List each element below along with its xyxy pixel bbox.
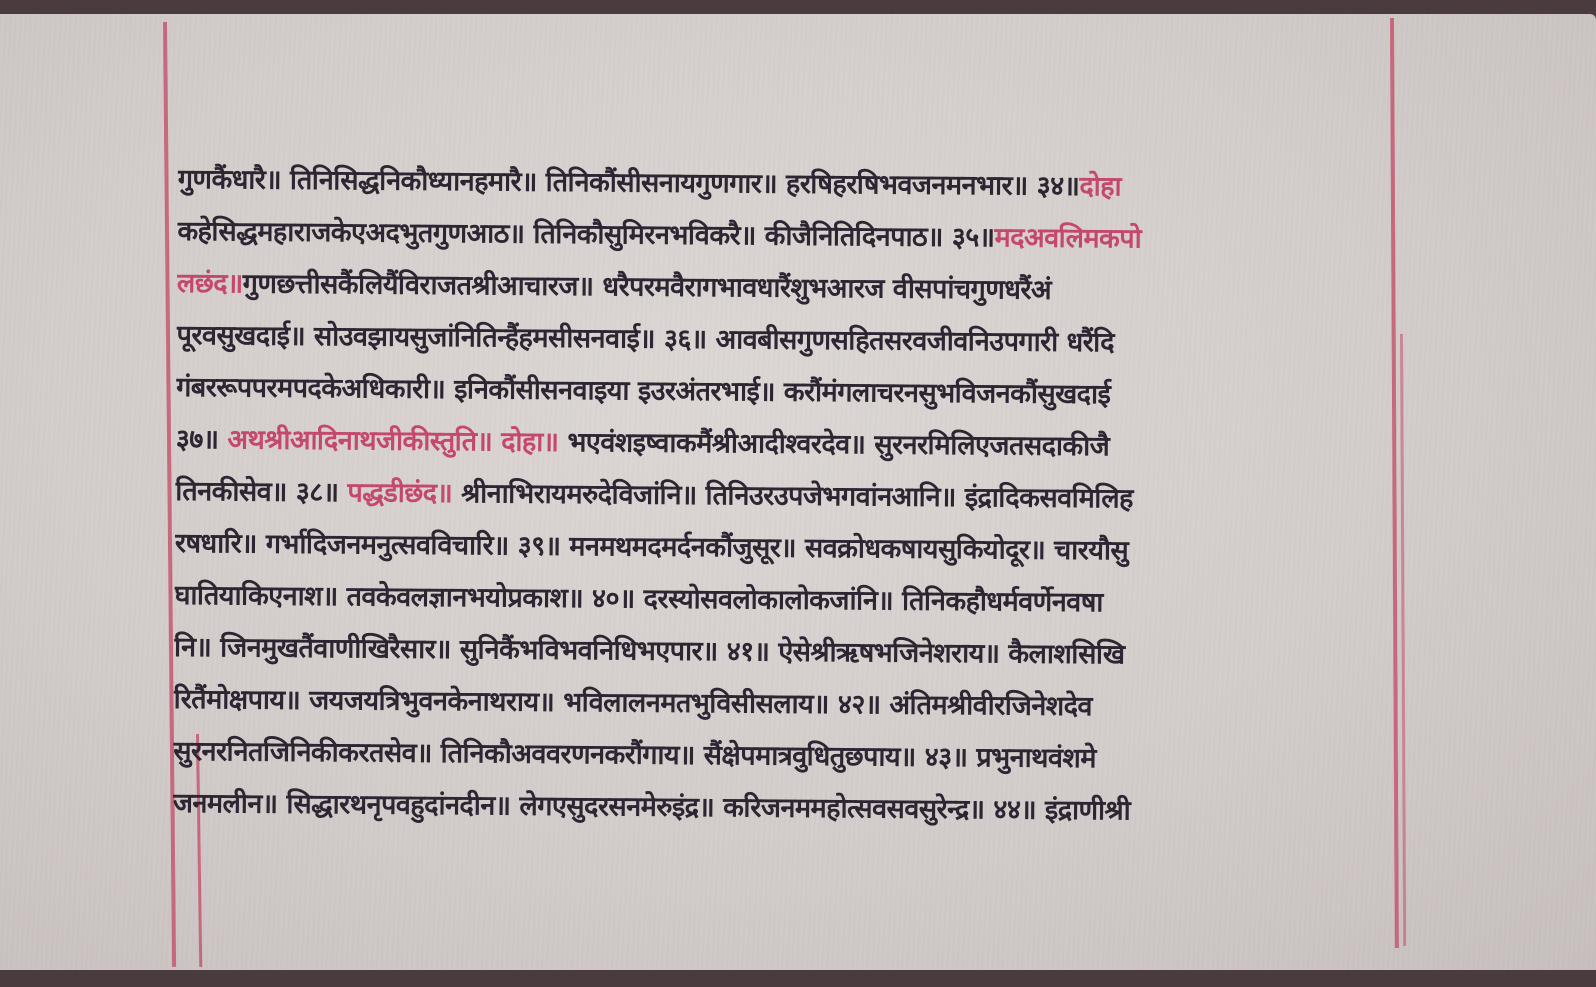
- manuscript-line: पूरवसुखदाई॥ सोउवझायसुजांनितिन्हैंहमसीसनव…: [176, 310, 1398, 372]
- manuscript-line: जनमलीन॥ सिद्धारथनृपवहुदांनदीन॥ लेगएसुदरस…: [173, 778, 1395, 840]
- body-text: सुरनरनितजिनिकीकरतसेव॥ तिनिकौअववरणनकरौंगा…: [173, 736, 1096, 774]
- rubric-text: दोहा: [1079, 171, 1121, 202]
- rubric-text: लछंद॥: [177, 268, 243, 300]
- body-text: पूरवसुखदाई॥ सोउवझायसुजांनितिन्हैंहमसीसनव…: [176, 320, 1114, 358]
- manuscript-line: घातियाकिएनाश॥ तवकेवलज्ञानभयोप्रकाश॥ ४०॥ …: [174, 570, 1396, 632]
- manuscript-line: नि॥ जिनमुखतैंवाणीखिरैसार॥ सुनिकैंभविभवनि…: [174, 622, 1396, 684]
- manuscript-line: तिनकीसेव॥ ३८॥ पद्धडीछंद॥ श्रीनाभिरायमरुद…: [175, 466, 1397, 528]
- manuscript-line: सुरनरनितजिनिकीकरतसेव॥ तिनिकौअववरणनकरौंगा…: [173, 726, 1395, 788]
- manuscript-text-block: गुणकैंधारै॥ तिनिसिद्धनिकौध्यानहमारै॥ तिन…: [173, 154, 1400, 840]
- body-text: तिनकीसेव॥ ३८॥: [175, 476, 347, 508]
- body-text: भएवंशइष्वाकमैंश्रीआदीश्वरदेव॥ सुरनरमिलिए…: [558, 427, 1109, 462]
- body-text: कहेसिद्धमहाराजकेएअदभुतगुणआठ॥ तिनिकौसुमिर…: [177, 216, 994, 253]
- body-text: गुणकैंधारै॥ तिनिसिद्धनिकौध्यानहमारै॥ तिन…: [178, 164, 1080, 202]
- body-text: रितैंमोक्षपाय॥ जयजयत्रिभुवनकेनाथराय॥ भवि…: [174, 684, 1093, 722]
- manuscript-line: लछंद॥गुणछत्तीसकैंलियैंविराजतश्रीआचारज॥ ध…: [177, 258, 1399, 320]
- body-text: जनमलीन॥ सिद्धारथनृपवहुदांनदीन॥ लेगएसुदरस…: [173, 788, 1131, 827]
- body-text: घातियाकिएनाश॥ तवकेवलज्ञानभयोप्रकाश॥ ४०॥ …: [174, 580, 1103, 618]
- body-text: रषधारि॥ गर्भादिजनमनुत्सवविचारि॥ ३९॥ मनमथ…: [175, 528, 1128, 566]
- body-text: श्रीनाभिरायमरुदेविजांनि॥ तिनिउरउपजेभगवां…: [452, 478, 1133, 514]
- manuscript-line: ३७॥ अथश्रीआदिनाथजीकीस्तुति॥ दोहा॥ भएवंशइ…: [176, 414, 1398, 476]
- manuscript-line: रषधारि॥ गर्भादिजनमनुत्सवविचारि॥ ३९॥ मनमथ…: [175, 518, 1397, 580]
- manuscript-line: गंबररूपपरमपदकेअधिकारी॥ इनिकौंसीसनवाइया इ…: [176, 362, 1398, 424]
- manuscript-line: गुणकैंधारै॥ तिनिसिद्धनिकौध्यानहमारै॥ तिन…: [178, 154, 1400, 216]
- body-text: गुणछत्तीसकैंलियैंविराजतश्रीआचारज॥ धरैपरम…: [243, 269, 1052, 306]
- manuscript-line: कहेसिद्धमहाराजकेएअदभुतगुणआठ॥ तिनिकौसुमिर…: [177, 206, 1399, 268]
- body-text: नि॥ जिनमुखतैंवाणीखिरैसार॥ सुनिकैंभविभवनि…: [174, 632, 1125, 670]
- body-text: गंबररूपपरमपदकेअधिकारी॥ इनिकौंसीसनवाइया इ…: [176, 372, 1110, 410]
- right-margin-rule-inner: [1400, 334, 1406, 946]
- rubric-text: मदअवलिमकपो: [994, 222, 1141, 254]
- body-text: ३७॥: [176, 424, 228, 455]
- manuscript-page: गुणकैंधारै॥ तिनिसिद्धनिकौध्यानहमारै॥ तिन…: [0, 14, 1596, 970]
- rubric-text: पद्धडीछंद॥: [347, 477, 452, 509]
- manuscript-line: रितैंमोक्षपाय॥ जयजयत्रिभुवनकेनाथराय॥ भवि…: [174, 674, 1396, 736]
- rubric-text: अथश्रीआदिनाथजीकीस्तुति॥ दोहा॥: [227, 424, 558, 458]
